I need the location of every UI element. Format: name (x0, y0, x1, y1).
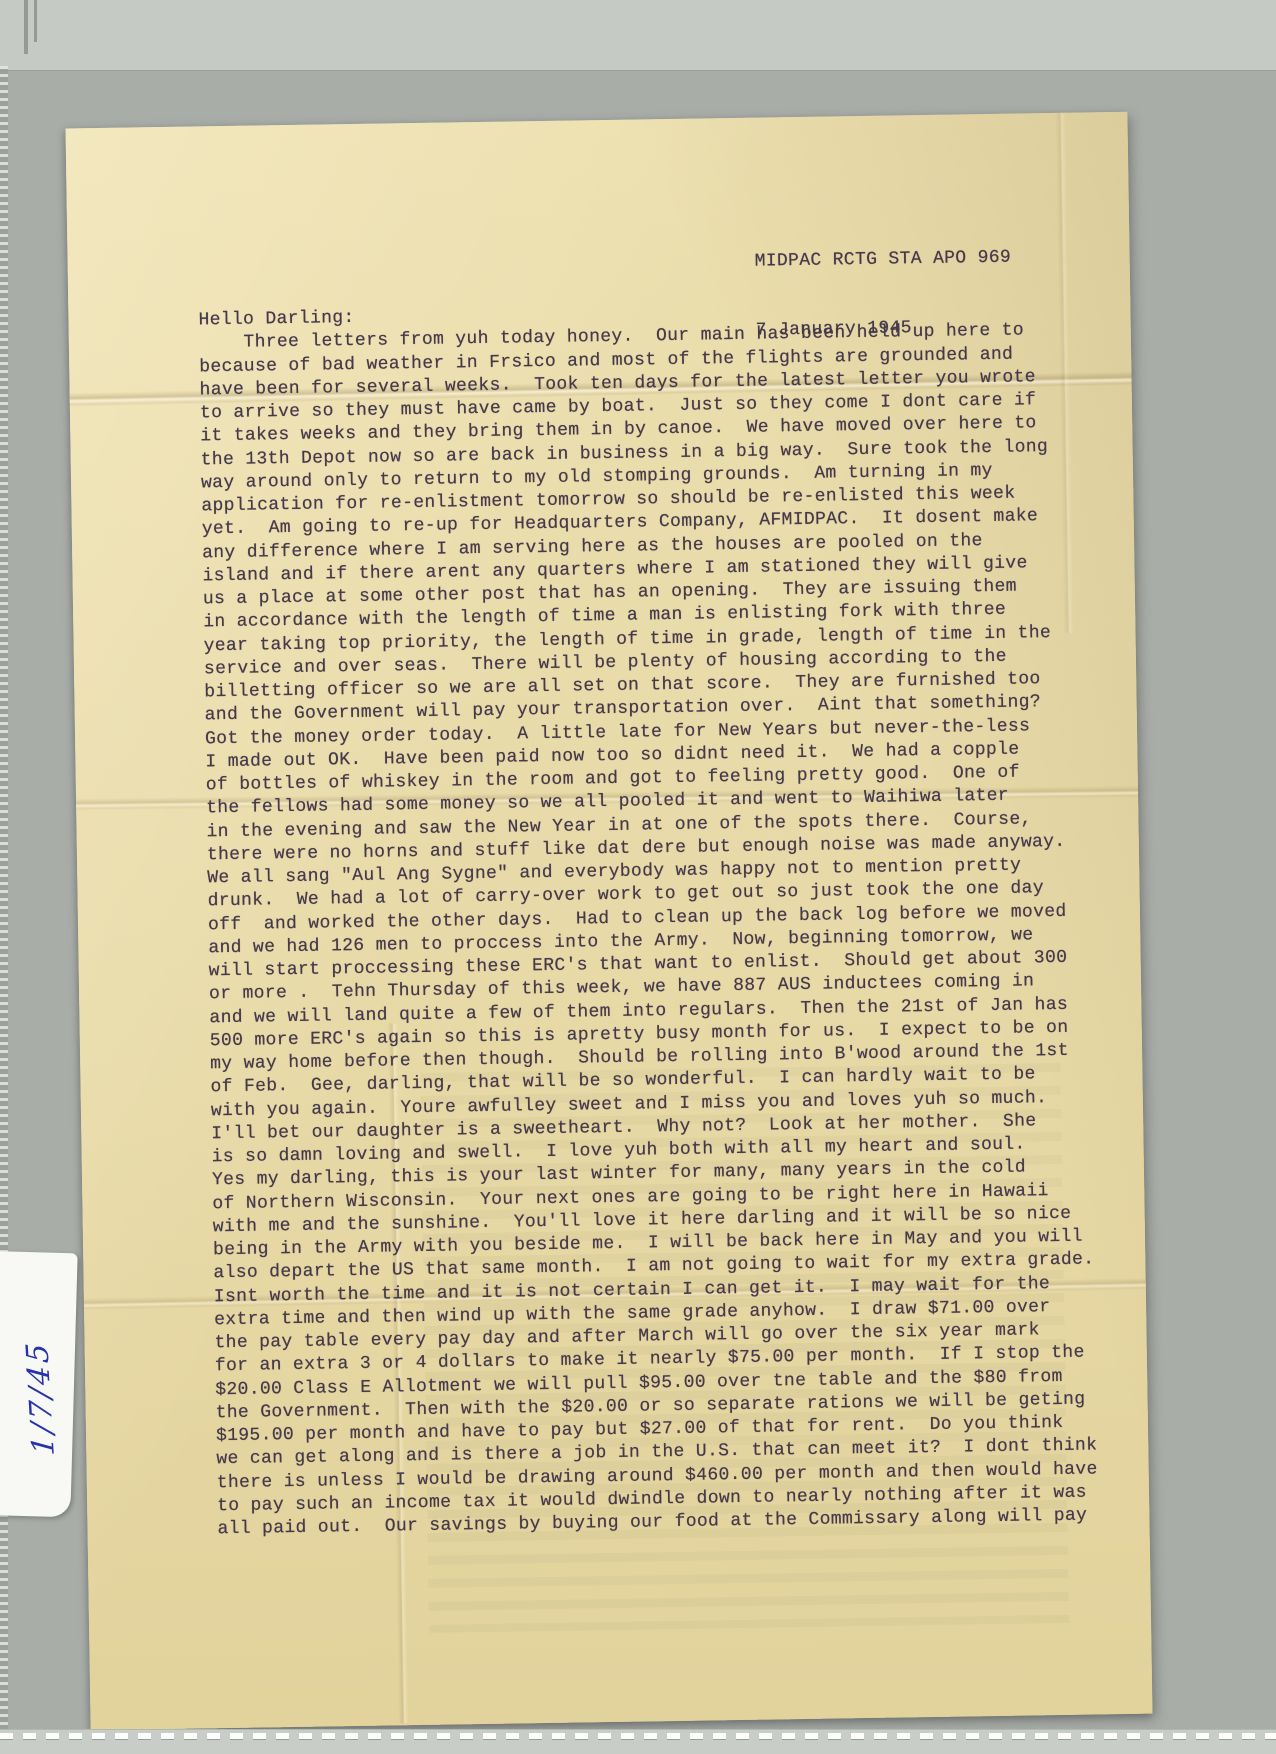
date-card: 1/7/45 (0, 1251, 78, 1518)
film-edge-mark (24, 0, 28, 54)
handwritten-date: 1/7/45 (20, 1339, 62, 1456)
sleeve-bottom-seam (0, 1729, 1276, 1754)
film-edge-mark (34, 0, 37, 42)
typewritten-content: MIDPAC RCTG STA APO 969 7 January 1945 H… (65, 112, 1152, 1730)
salutation: Hello Darling: (198, 307, 354, 333)
letter-paper: MIDPAC RCTG STA APO 969 7 January 1945 H… (65, 112, 1152, 1730)
scanner-top-band (0, 0, 1276, 71)
letter-body: Three letters from yuh today honey. Our … (199, 318, 1128, 1541)
header-station-line: MIDPAC RCTG STA APO 969 (754, 246, 1011, 273)
sleeve-stitch-dashes (0, 1733, 1276, 1739)
